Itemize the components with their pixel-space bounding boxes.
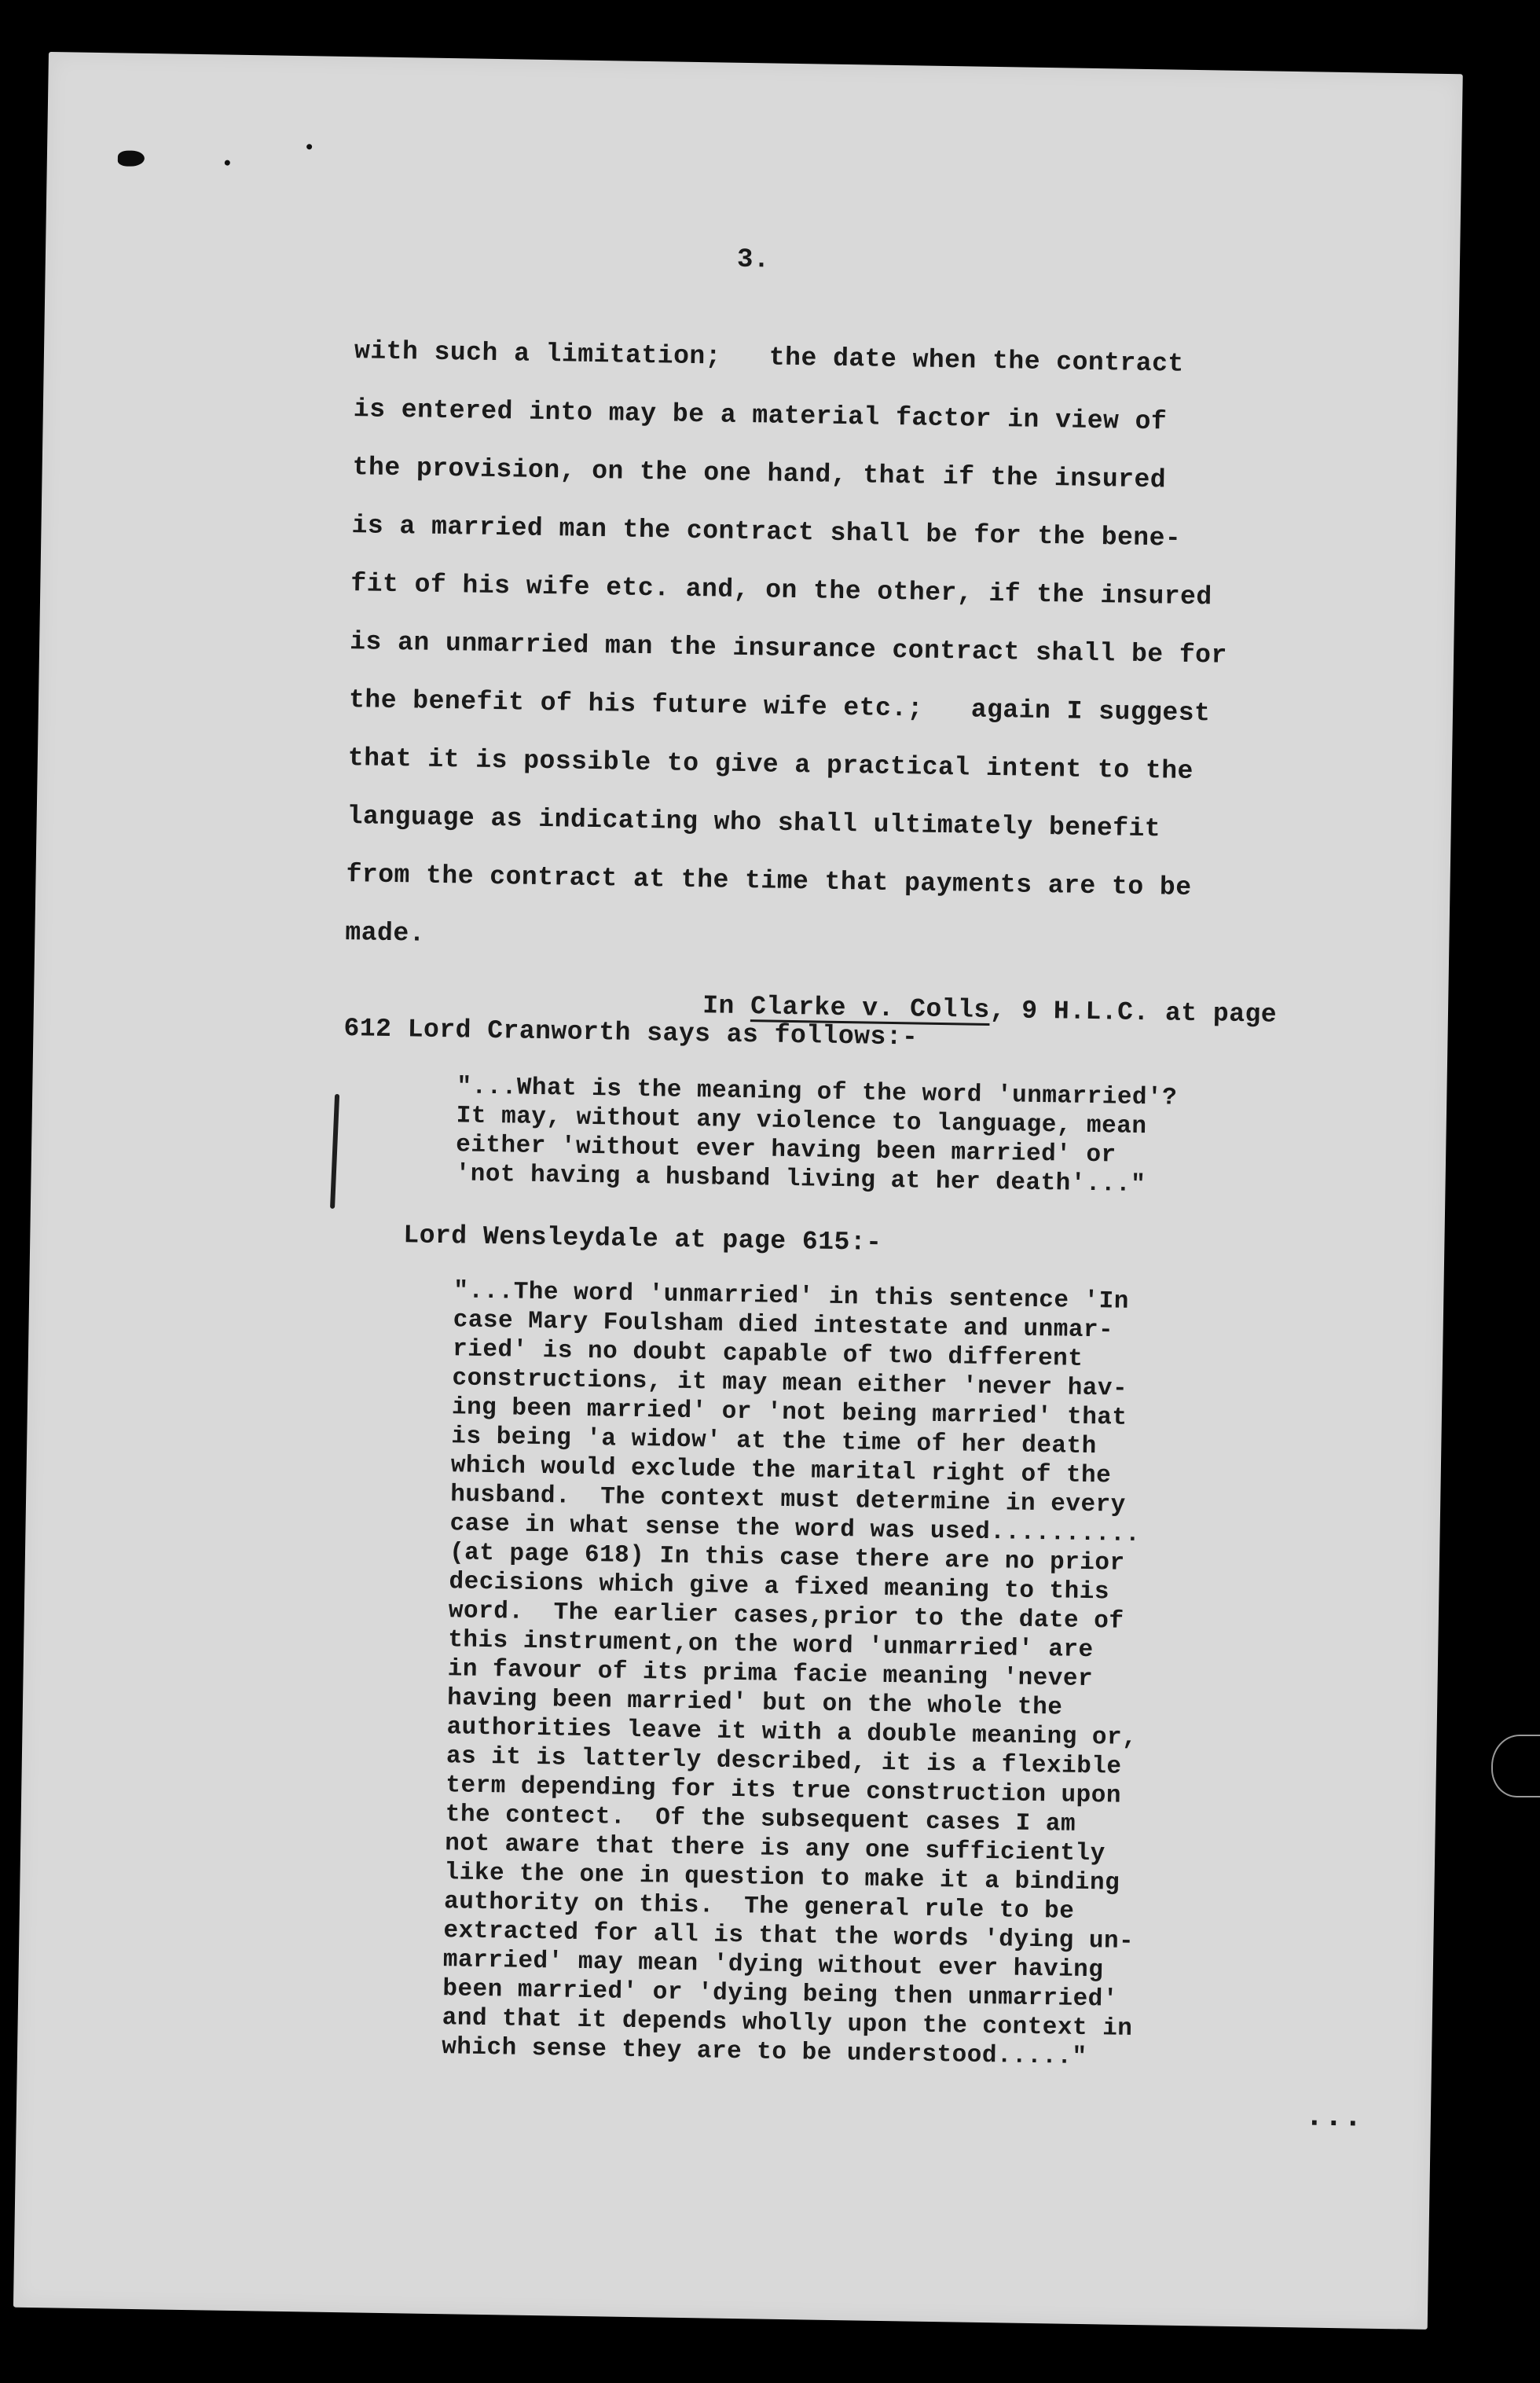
citation-prefix: In (702, 991, 750, 1021)
ink-speck (225, 160, 230, 166)
wensleydale-intro: Lord Wensleydale at page 615:- (403, 1221, 882, 1258)
ink-blot (118, 150, 145, 167)
document-page: 3. with such a limitation; the date when… (13, 52, 1463, 2330)
ink-speck (306, 144, 312, 149)
margin-mark (330, 1094, 339, 1209)
page-number: 3. (737, 245, 770, 276)
body-paragraph: with such a limitation; the date when th… (345, 322, 1232, 975)
case-name: Clarke v. Colls (750, 992, 990, 1025)
citation-suffix: , 9 H.L.C. at page (989, 996, 1277, 1030)
paper-clip-mark (1491, 1735, 1540, 1797)
quote-wensleydale: "...The word 'unmarried' in this sentenc… (442, 1276, 1144, 2073)
continuation-marker: ... (1305, 2099, 1363, 2135)
quote-cranworth: "...What is the meaning of the word 'unm… (455, 1072, 1177, 1199)
